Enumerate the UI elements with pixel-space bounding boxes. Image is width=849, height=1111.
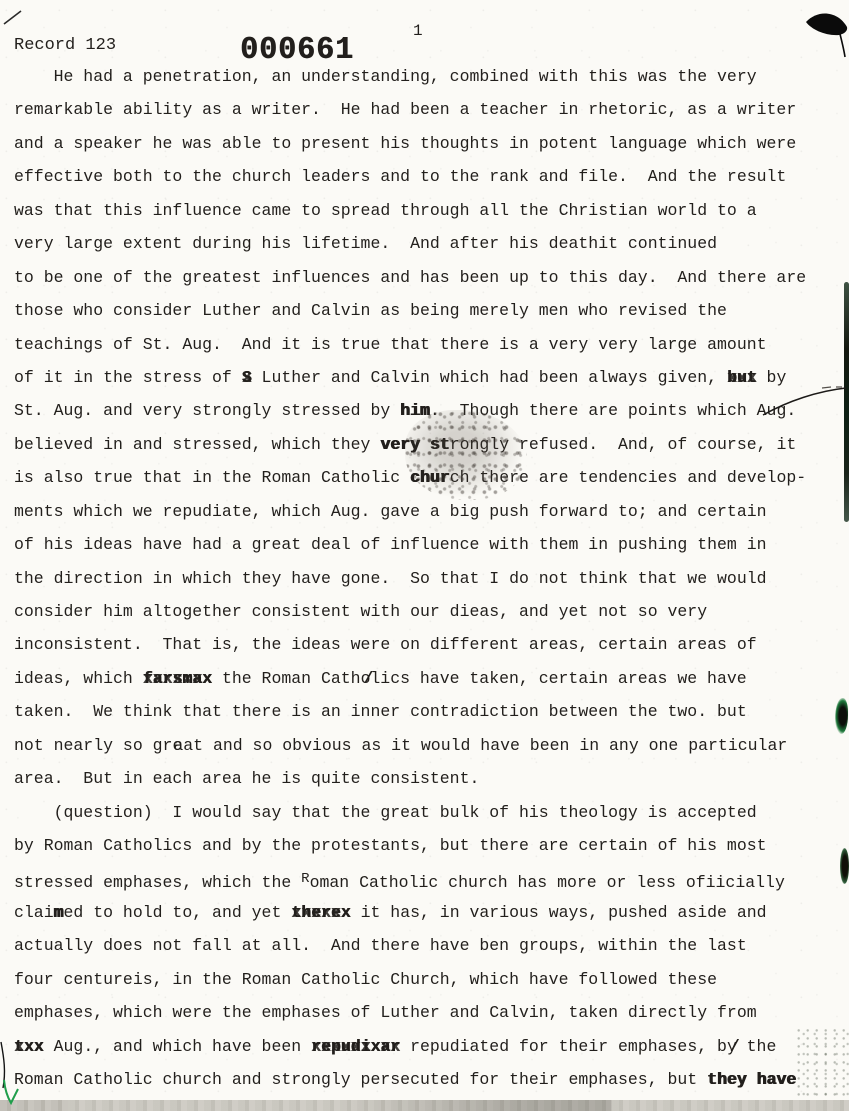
text-segment: very large extent during his lifetime. A… xyxy=(14,234,717,253)
text-segment: the Roman Catho xyxy=(212,669,370,688)
text-segment: oman Catholic church has more or less of… xyxy=(310,873,785,892)
text-line: (question) I would say that the great bu… xyxy=(14,796,834,829)
text-segment: ea xyxy=(172,736,183,755)
document-body: He had a penetration, an understanding, … xyxy=(14,60,834,1097)
text-segment: remarkable ability as a writer. He had b… xyxy=(14,100,796,119)
text-segment: clai xyxy=(14,903,54,922)
text-line: very large extent during his lifetime. A… xyxy=(14,227,834,260)
pen-slash-top-left xyxy=(4,11,21,24)
text-segment: and a speaker he was able to present his… xyxy=(14,134,796,153)
text-segment: repudixarxxxxxxxxx xyxy=(311,1030,400,1063)
text-segment: four centureis, in the Roman Catholic Ch… xyxy=(14,970,717,989)
text-segment: the xyxy=(737,1037,777,1056)
text-line: four centureis, in the Roman Catholic Ch… xyxy=(14,963,834,996)
strikeover-x-marks: x xyxy=(242,361,252,394)
text-line: remarkable ability as a writer. He had b… xyxy=(14,93,834,126)
text-segment: believed in and stressed, which they xyxy=(14,435,380,454)
text-line: He had a penetration, an understanding, … xyxy=(14,60,834,93)
text-line: St. Aug. and very strongly stressed by h… xyxy=(14,394,834,427)
text-line: to be one of the greatest influences and… xyxy=(14,261,834,294)
text-segment: Roman Catholic church and strongly perse… xyxy=(14,1070,707,1089)
text-segment: taken. We think that there is an inner c… xyxy=(14,702,747,721)
text-segment: rongly refused. And, of course, it xyxy=(450,435,797,454)
text-segment: ideas, which xyxy=(14,669,143,688)
text-segment: of his ideas have had a great deal of in… xyxy=(14,535,767,554)
text-segment: Sx xyxy=(242,361,252,394)
text-segment: effective both to the church leaders and… xyxy=(14,167,786,186)
text-line: taken. We think that there is an inner c… xyxy=(14,695,834,728)
text-segment: him xyxy=(400,401,430,420)
text-segment: therexxxxxxx xyxy=(291,896,350,929)
text-segment: by Roman Catholics and by the protestant… xyxy=(14,836,767,855)
text-segment: . Though there are points which Aug. xyxy=(430,401,796,420)
text-line: consider him altogether consistent with … xyxy=(14,595,834,628)
text-line: ments which we repudiate, which Aug. gav… xyxy=(14,495,834,528)
text-segment: those who consider Luther and Calvin as … xyxy=(14,301,727,320)
text-segment: stressed emphases, which the xyxy=(14,873,301,892)
text-segment: not nearly so gr xyxy=(14,736,172,755)
text-segment: farsmaxxxxxxxx xyxy=(143,662,212,695)
text-segment: to be one of the greatest influences and… xyxy=(14,268,806,287)
text-line: and a speaker he was able to present his… xyxy=(14,127,834,160)
text-segment: chur xyxy=(410,468,450,487)
ink-blob-tail xyxy=(840,34,845,57)
text-segment: He had a penetration, an understanding, … xyxy=(14,67,757,86)
text-line: ideas, which farsmaxxxxxxxx the Roman Ca… xyxy=(14,662,834,695)
text-segment: ments which we repudiate, which Aug. gav… xyxy=(14,502,767,521)
text-segment: lics have taken, certain areas we have xyxy=(370,669,746,688)
scan-edge-blob xyxy=(835,698,848,734)
text-segment: at and so obvious as it would have been … xyxy=(183,736,787,755)
text-line: those who consider Luther and Calvin as … xyxy=(14,294,834,327)
record-label: Record 123 xyxy=(14,36,116,55)
text-line: area. But in each area he is quite consi… xyxy=(14,762,834,795)
text-segment: ch there are tendencies and develop- xyxy=(450,468,806,487)
text-segment: St. Aug. and very strongly stressed by xyxy=(14,401,400,420)
text-segment: txxxxx xyxy=(14,1030,44,1063)
text-line: effective both to the church leaders and… xyxy=(14,160,834,193)
text-line: emphases, which were the emphases of Lut… xyxy=(14,996,834,1029)
strikeover-x-marks: xxxxxxx xyxy=(143,662,212,695)
text-segment: m xyxy=(54,903,64,922)
text-segment: repudiated for their emphases, by xyxy=(400,1037,737,1056)
text-line: teachings of St. Aug. And it is true tha… xyxy=(14,328,834,361)
scan-edge-streak xyxy=(844,282,849,522)
text-line: stressed emphases, which the Roman Catho… xyxy=(14,863,834,896)
text-segment: area. But in each area he is quite consi… xyxy=(14,769,479,788)
text-line: Roman Catholic church and strongly perse… xyxy=(14,1063,834,1096)
text-segment: the direction in which they have gone. S… xyxy=(14,569,767,588)
text-line: believed in and stressed, which they ver… xyxy=(14,428,834,461)
text-segment: R xyxy=(301,871,309,887)
text-segment: (question) I would say that the great bu… xyxy=(14,803,757,822)
scan-edge-blob xyxy=(840,848,849,884)
text-segment: of it in the stress of xyxy=(14,368,242,387)
strikeover-x-marks: xxx xyxy=(727,361,757,394)
text-line: not nearly so greaat and so obvious as i… xyxy=(14,729,834,762)
text-segment: Luther and Calvin which had been always … xyxy=(252,368,727,387)
text-segment: they have xyxy=(707,1070,796,1089)
strikeover-x-marks: xxxxxxxxx xyxy=(311,1030,400,1063)
text-line: of his ideas have had a great deal of in… xyxy=(14,528,834,561)
text-segment: is also true that in the Roman Catholic xyxy=(14,468,410,487)
text-line: of it in the stress of Sx Luther and Cal… xyxy=(14,361,834,394)
text-segment: butxxx xyxy=(727,361,757,394)
text-segment: was that this influence came to spread t… xyxy=(14,201,757,220)
text-segment: actually does not fall at all. And there… xyxy=(14,936,747,955)
text-segment: ed to hold to, and yet xyxy=(64,903,292,922)
text-line: txxxxx Aug., and which have been repudix… xyxy=(14,1030,834,1063)
text-segment: it has, in various ways, pushed aside an… xyxy=(351,903,767,922)
strikeover-x-marks: xxx xyxy=(14,1030,44,1063)
text-line: claimed to hold to, and yet therexxxxxxx… xyxy=(14,896,834,929)
text-line: was that this influence came to spread t… xyxy=(14,194,834,227)
text-line: by Roman Catholics and by the protestant… xyxy=(14,829,834,862)
strikeover-x-marks: xxxxxx xyxy=(291,896,350,929)
text-line: actually does not fall at all. And there… xyxy=(14,929,834,962)
text-segment: by xyxy=(757,368,787,387)
text-segment: inconsistent. That is, the ideas were on… xyxy=(14,635,757,654)
ink-blob-top-right xyxy=(806,13,847,35)
text-segment: emphases, which were the emphases of Lut… xyxy=(14,1003,757,1022)
text-line: the direction in which they have gone. S… xyxy=(14,562,834,595)
edge-curve-bottom-left xyxy=(1,1042,4,1088)
text-line: is also true that in the Roman Catholic … xyxy=(14,461,834,494)
page-number: 1 xyxy=(413,22,423,40)
text-segment: very st xyxy=(380,435,449,454)
text-line: inconsistent. That is, the ideas were on… xyxy=(14,628,834,661)
text-segment: Aug., and which have been xyxy=(44,1037,311,1056)
text-segment: consider him altogether consistent with … xyxy=(14,602,707,621)
scan-bottom-band xyxy=(0,1100,849,1111)
text-segment: teachings of St. Aug. And it is true tha… xyxy=(14,335,767,354)
